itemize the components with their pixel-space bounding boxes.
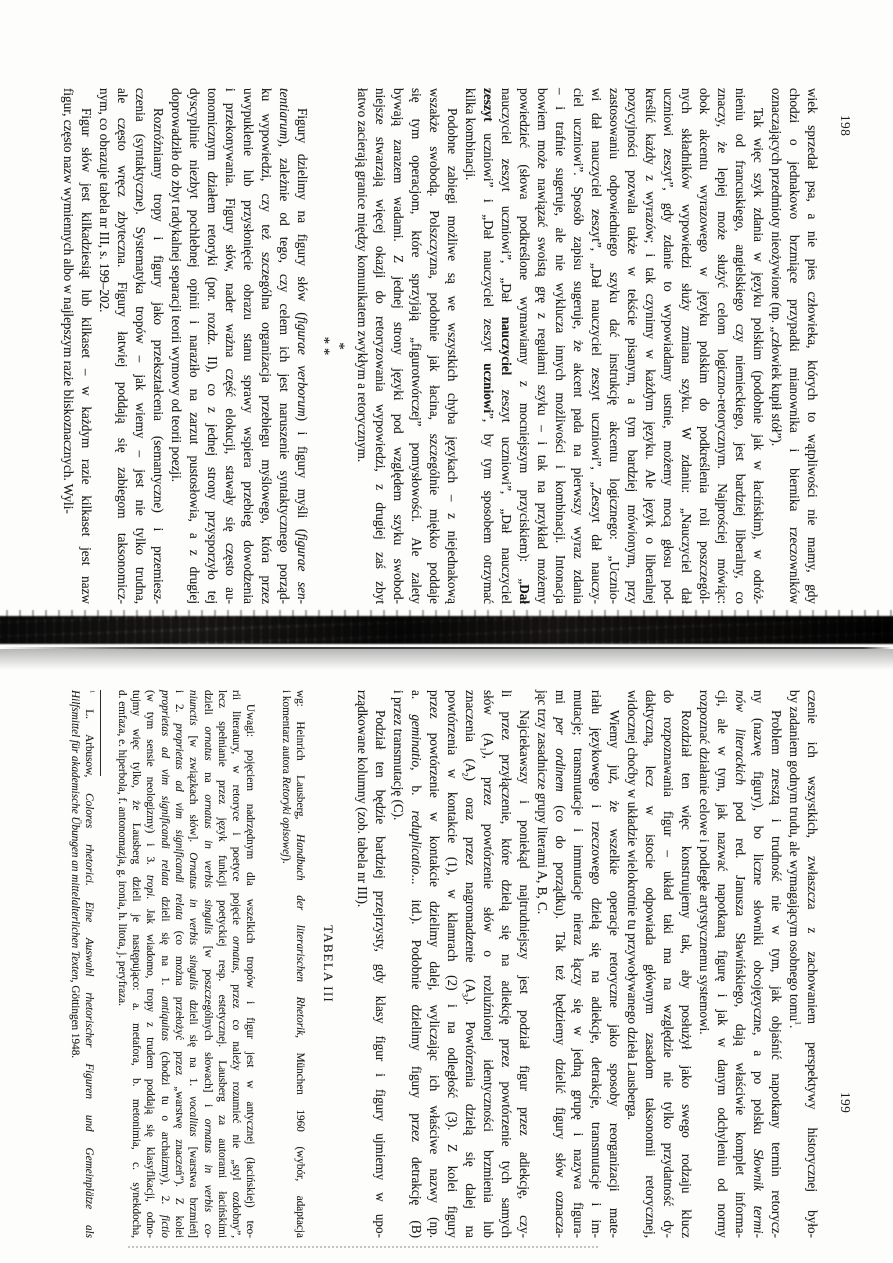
text-line: tonomicznym działem retoryki (por. rozdz… [203,88,221,604]
text-line: ny (nazwę figury), bo liczne słowniki ob… [749,690,767,1238]
text-line: niejsze stwarzają więcej okazji do retor… [371,88,389,604]
page-199: 199 czenie ich wszystkich, zwłaszcza z z… [0,668,893,1263]
text-line: zeszyt uczniowi” i „Dał nauczyciel zeszy… [479,88,497,604]
notes-block: Uwagi: pojęciem nadrzędnym dla wszelkich… [114,690,257,1238]
paragraph: Tak więc szyk zdania w języku polskim (p… [461,88,767,604]
text-line: mi per ordinem (co do porządku). Tak też… [551,690,569,1238]
text-line: Figur słów jest kilkadziesiąt lub kilkas… [77,88,95,604]
paragraph: Figury dzielimy na figury słów (figurae … [167,88,311,604]
page-number-198: 198 [837,115,853,136]
footnote-block: 1 L. Arbusow, Colores rhetorici. Eine Au… [68,690,102,1238]
text-line: Hilfsmittel für akademische Übungen an m… [68,690,82,1238]
text-line: nych składników wypowiedzi służy zmiana … [677,88,695,604]
text-line: Najciekawszy i poniekąd najtrudniejszy j… [515,690,533,1238]
text-line: li przez przyłączenie, które dzielą się … [497,690,515,1238]
text-line: ale często wręcz zbyteczna. Figury łatwi… [113,88,131,604]
paragraph: Figur słów jest kilkadziesiąt lub kilkas… [59,88,95,604]
text-line: chodzi o jednakowo brzmiące przypadki mi… [785,88,803,604]
stars-block: ** * [316,88,346,604]
text-line: jąc trzy zasadnicze grupy literami A, B,… [533,690,551,1238]
text-line: uczniowi zeszyt”, gdy zdanie to wypowiad… [659,88,677,604]
text-line: bywają zarazem wadami. Z jednej strony j… [389,88,407,604]
scanned-book-spread: 198 wiek sprzedał psa, a nie pies człowi… [0,0,893,1263]
text-line: obok akcentu wyrazowego w języku polskim… [695,88,713,604]
text-line: i 2. proprietas ad vim significandi rela… [172,690,186,1238]
source-block: wg: Heinrich Lausberg, Handbuch der lite… [278,690,307,1238]
paragraph: Najciekawszy i poniekąd najtrudniejszy j… [389,690,533,1238]
page-198-text: wiek sprzedał psa, a nie pies człowieka,… [59,88,821,604]
text-line: Uwagi: pojęciem nadrzędnym dla wszelkich… [243,690,257,1238]
text-line: wszakże swobodą. Polszczyzna, podobnie j… [425,88,443,604]
text-line: znaczenia (A2) oraz przez nagromadzenie … [461,690,479,1238]
text-line: kilka kombinacji. [461,88,479,604]
text-line: przez powtórzenie w kontakcie dzielimy d… [425,690,443,1238]
text-line: daktyczną, lecz w istocie odpowiada głów… [641,690,659,1238]
stars-row: * * [316,88,331,604]
text-line: łatwo zacierają granice między komunikat… [353,88,371,604]
paragraph: Wiemy już, że wszelkie operacje retorycz… [533,690,623,1238]
text-line: Figury dzielimy na figury słów (figurae … [293,88,311,604]
page-number-199: 199 [837,1092,853,1113]
text-line: 1 L. Arbusow, Colores rhetorici. Eine Au… [82,690,96,1238]
text-line: zastosowaniu odpowiedniego szyku dać ins… [605,88,623,604]
page-198: 198 wiek sprzedał psa, a nie pies człowi… [0,0,893,612]
text-line: Tak więc szyk zdania w języku polskim (p… [749,88,767,604]
text-line: powiedzieć (słowa podkreślone wymawiamy … [515,88,533,604]
paragraph: czenie ich wszystkich, zwłaszcza z zacho… [785,690,821,1238]
text-line: tujmy więc tylko, że Lausberg dzieli je … [129,690,143,1238]
text-line: czenia (syntaktyczne). Systematyka tropó… [131,88,149,604]
text-line: pozycyjności pozwala także w tekście pis… [623,88,641,604]
stars-row: * [331,88,346,604]
text-line: dyscyplinie niezbyt pochlebnej opinii i … [185,88,203,604]
text-line: Podobne zabiegi możliwe są we wszystkich… [443,88,461,604]
text-line: Problem zresztą i trudność nie w tym, ja… [767,690,785,1238]
book-spread-rotated: 198 wiek sprzedał psa, a nie pies człowi… [0,0,893,1263]
text-line: mutacje; transmutacje i immutacje nieraz… [569,690,587,1238]
text-line: nym, co obrazuje tabela nr III, s. 199–2… [95,88,113,604]
text-line: a. geminatio, b. reduplicatio... itd.). … [407,690,425,1238]
page-edge-artifacts [128,1246,598,1248]
text-line: Podział ten będzie bardziej przejrzysty,… [371,690,389,1238]
text-line: niunctis [w związkach słów]. Ornatus in … [186,690,200,1238]
gutter-fringe [0,610,893,619]
text-line: proprietas ad vim significandi relata dz… [157,690,171,1238]
text-line: lecz spełnianie przez język funkcji poet… [215,690,229,1238]
text-line: i przez transmutację (C). [389,690,407,1238]
text-line: ku wypowiedzi, czy też szczególna organi… [257,88,275,604]
heading-block: TABELA III [319,690,337,1238]
paragraph: Problem zresztą i trudność nie w tym, ja… [695,690,785,1238]
text-line: figur, często nazw wymiennych albo w naj… [59,88,77,604]
page-199-text: czenie ich wszystkich, zwłaszcza z zacho… [68,690,821,1238]
text-line: nów literackich pod red. Janusza Sławińs… [731,690,749,1238]
text-line: doprowadziło do zbyt radykalnej separacj… [167,88,185,604]
paragraph: Rozróżniamy tropy i figury jako przekszt… [95,88,167,604]
text-line: oznaczających przedmioty nieożywione (np… [767,88,785,604]
text-line: by zadaniem godnym trudu, ale wymagający… [785,690,803,1238]
text-line: rządkowane kolumny (zob. tabela nr III). [353,690,371,1238]
text-line: nauczyciel zeszyt uczniowi”, „Dał nauczy… [497,88,515,604]
text-line: wiek sprzedał psa, a nie pies człowieka,… [803,88,821,604]
text-line: się tym operacjom, które sprzyjają „figu… [407,88,425,604]
text-line: TABELA III [319,690,337,1238]
text-line: Rozdział ten więc konstruujemy tak, aby … [677,690,695,1238]
gutter-soft-shadow [0,649,893,670]
text-line: Rozróżniamy tropy i figury jako przekszt… [149,88,167,604]
text-line: kreślić każdy z wyrazów; i tak czynimy w… [641,88,659,604]
text-line: (w tym sensie neologizmy) i 3. tropi. Ja… [143,690,157,1238]
footnote-rule [100,690,101,776]
text-line: widocznej choćby w układzie wielokrotnie… [623,690,641,1238]
text-line: znaczy, że lepiej może służyć celom logi… [713,88,731,604]
text-line: bowiem może nawiązać swoistą grę z reguł… [533,88,551,604]
text-line: i komentarz autora Retoryki opisowej). [278,690,292,1238]
text-line: i przekonywania. Figury słów, nader ważn… [221,88,239,604]
text-line: dzieli ornatus na ornatus in verbis sing… [200,690,214,1238]
text-line: uwypuklenie lub przysłonięcie obrazu sta… [239,88,257,604]
text-line: riału językowego i rzeczowego dzielą się… [587,690,605,1238]
book-gutter-shadow [0,610,893,672]
text-line: rii literatury, w retoryce i poetyce poj… [229,690,243,1238]
text-line: czenie ich wszystkich, zwłaszcza z zacho… [803,690,821,1238]
text-line: powtórzenia w kontakcie (1), w klamrach … [443,690,461,1238]
paragraph: Rozdział ten więc konstruujemy tak, aby … [623,690,695,1238]
text-line: wi dał nauczyciel zeszyt”, „Dał nauczyci… [587,88,605,604]
text-line: d. emfaza, e. hiperbola, f. antonomazja,… [114,690,128,1238]
paragraph: wiek sprzedał psa, a nie pies człowieka,… [767,88,821,604]
text-line: rozpoznać działanie celowe i podległe ar… [695,690,713,1238]
text-line: słów (A1), przez powtórzenie słów o rozl… [479,690,497,1238]
paragraph: Podobne zabiegi możliwe są we wszystkich… [353,88,461,604]
text-line: cji, ale w tym, jak nazwać napotkaną fig… [713,690,731,1238]
paragraph: Podział ten będzie bardziej przejrzysty,… [353,690,389,1238]
text-line: ciel uczniowi”. Sposób zapisu sugeruje, … [569,88,587,604]
text-line: Wiemy już, że wszelkie operacje retorycz… [605,690,623,1238]
gutter-dark-band [0,616,893,644]
text-line: do rozpoznawania figur – układ taki ma n… [659,690,677,1238]
text-line: tentiarum), zależnie od tego, czy celem … [275,88,293,604]
text-line: – i trafnie sugeruje, ale nie wyklucza i… [551,88,569,604]
text-line: wg: Heinrich Lausberg, Handbuch der lite… [293,690,307,1238]
text-line: nieniu od francuskiego, angielskiego czy… [731,88,749,604]
